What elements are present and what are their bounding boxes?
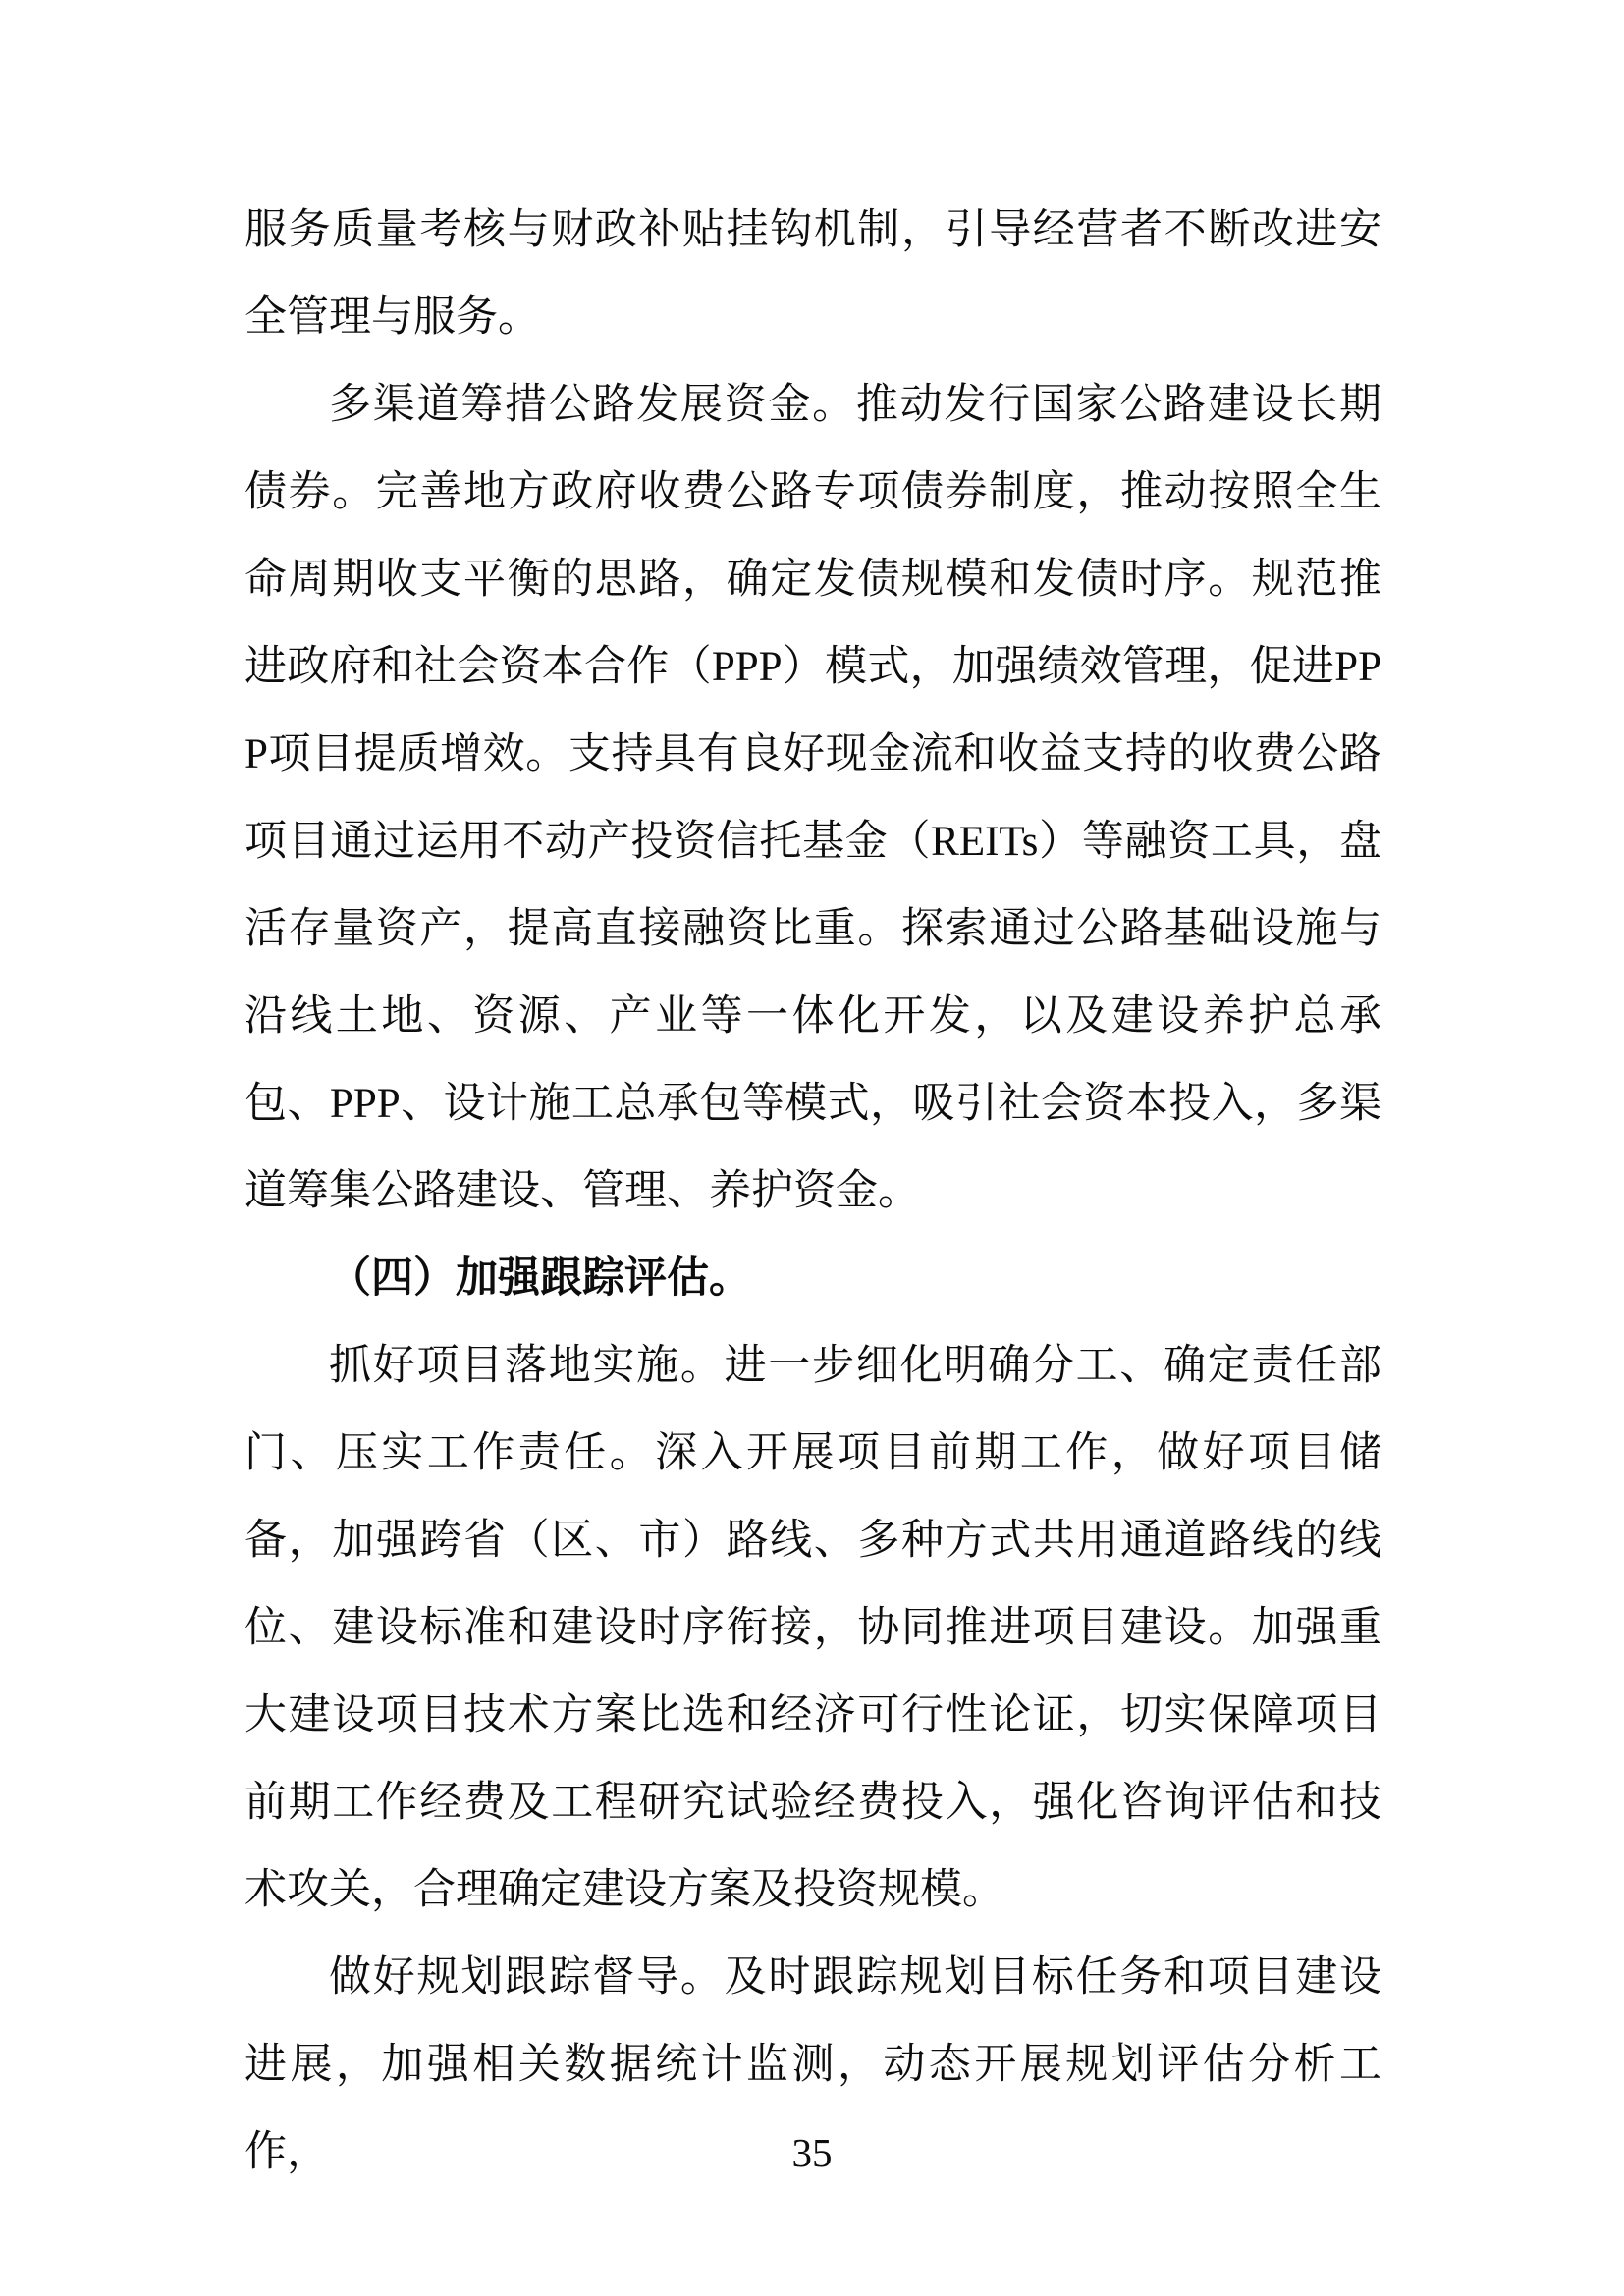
page-footer: 35 [0,2131,1624,2190]
page-text-block: 服务质量考核与财政补贴挂钩机制，引导经营者不断改进安全管理与服务。多渠道筹措公路… [244,187,1381,2196]
paragraph: 服务质量考核与财政补贴挂钩机制，引导经营者不断改进安全管理与服务。 [244,187,1381,361]
paragraph: 抓好项目落地实施。进一步细化明确分工、确定责任部门、压实工作责任。深入开展项目前… [244,1322,1381,1934]
document-page: 服务质量考核与财政补贴挂钩机制，引导经营者不断改进安全管理与服务。多渠道筹措公路… [0,0,1624,2296]
paragraph: 多渠道筹措公路发展资金。推动发行国家公路建设长期债券。完善地方政府收费公路专项债… [244,361,1381,1235]
page-number: 35 [0,2131,1624,2175]
section-heading: （四）加强跟踪评估。 [244,1235,1381,1322]
